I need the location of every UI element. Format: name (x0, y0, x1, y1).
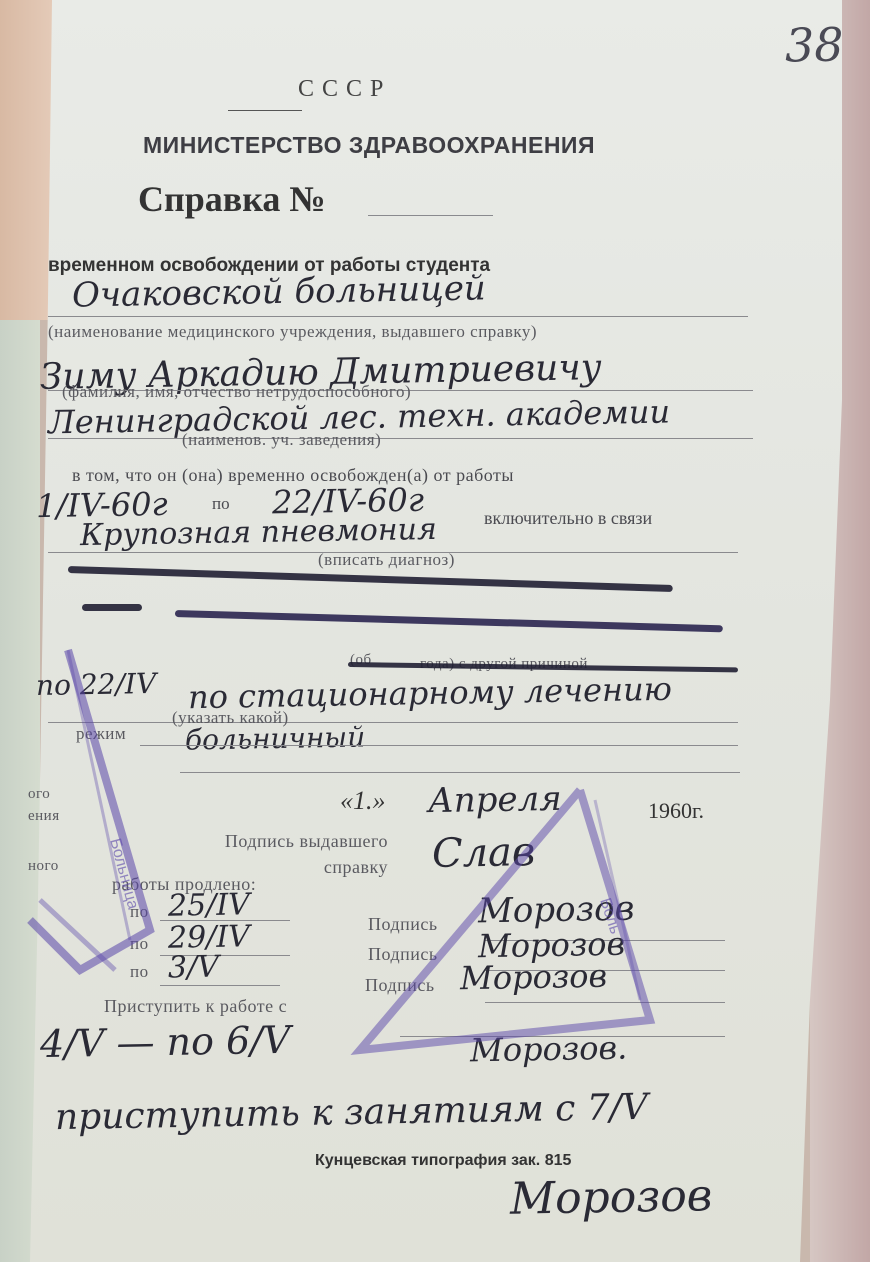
number-field-line (368, 215, 493, 216)
strike-through-line (82, 604, 142, 611)
school-line (48, 438, 753, 439)
institution-label: (наименование медицинского учреждения, в… (48, 322, 537, 342)
header-title: Справка № (138, 178, 326, 220)
header-country: СССР (298, 76, 391, 103)
diagnosis-label: (вписать диагноз) (318, 550, 455, 570)
inclusive-text: включительно в связи (484, 508, 652, 529)
final-signature: Морозов (510, 1170, 713, 1225)
divider (228, 110, 302, 111)
period-to-label: по (212, 494, 230, 514)
school-label: (наименов. уч. заведения) (182, 430, 381, 450)
triangle-stamp-icon: Боль (340, 780, 660, 1080)
diagnosis-value: Крупозная пневмония (80, 512, 437, 553)
printer-footer: Кунцевская типография зак. 815 (315, 1152, 571, 1170)
institution-value: Очаковской больницей (72, 268, 486, 315)
institution-line (48, 316, 748, 317)
header-ministry: МИНИСТЕРСТВО ЗДРАВООХРАНЕНИЯ (143, 132, 595, 159)
page-number: 38 (785, 17, 844, 72)
triangle-stamp-icon: Больница (20, 640, 270, 1100)
svg-text:Боль: Боль (596, 896, 624, 936)
